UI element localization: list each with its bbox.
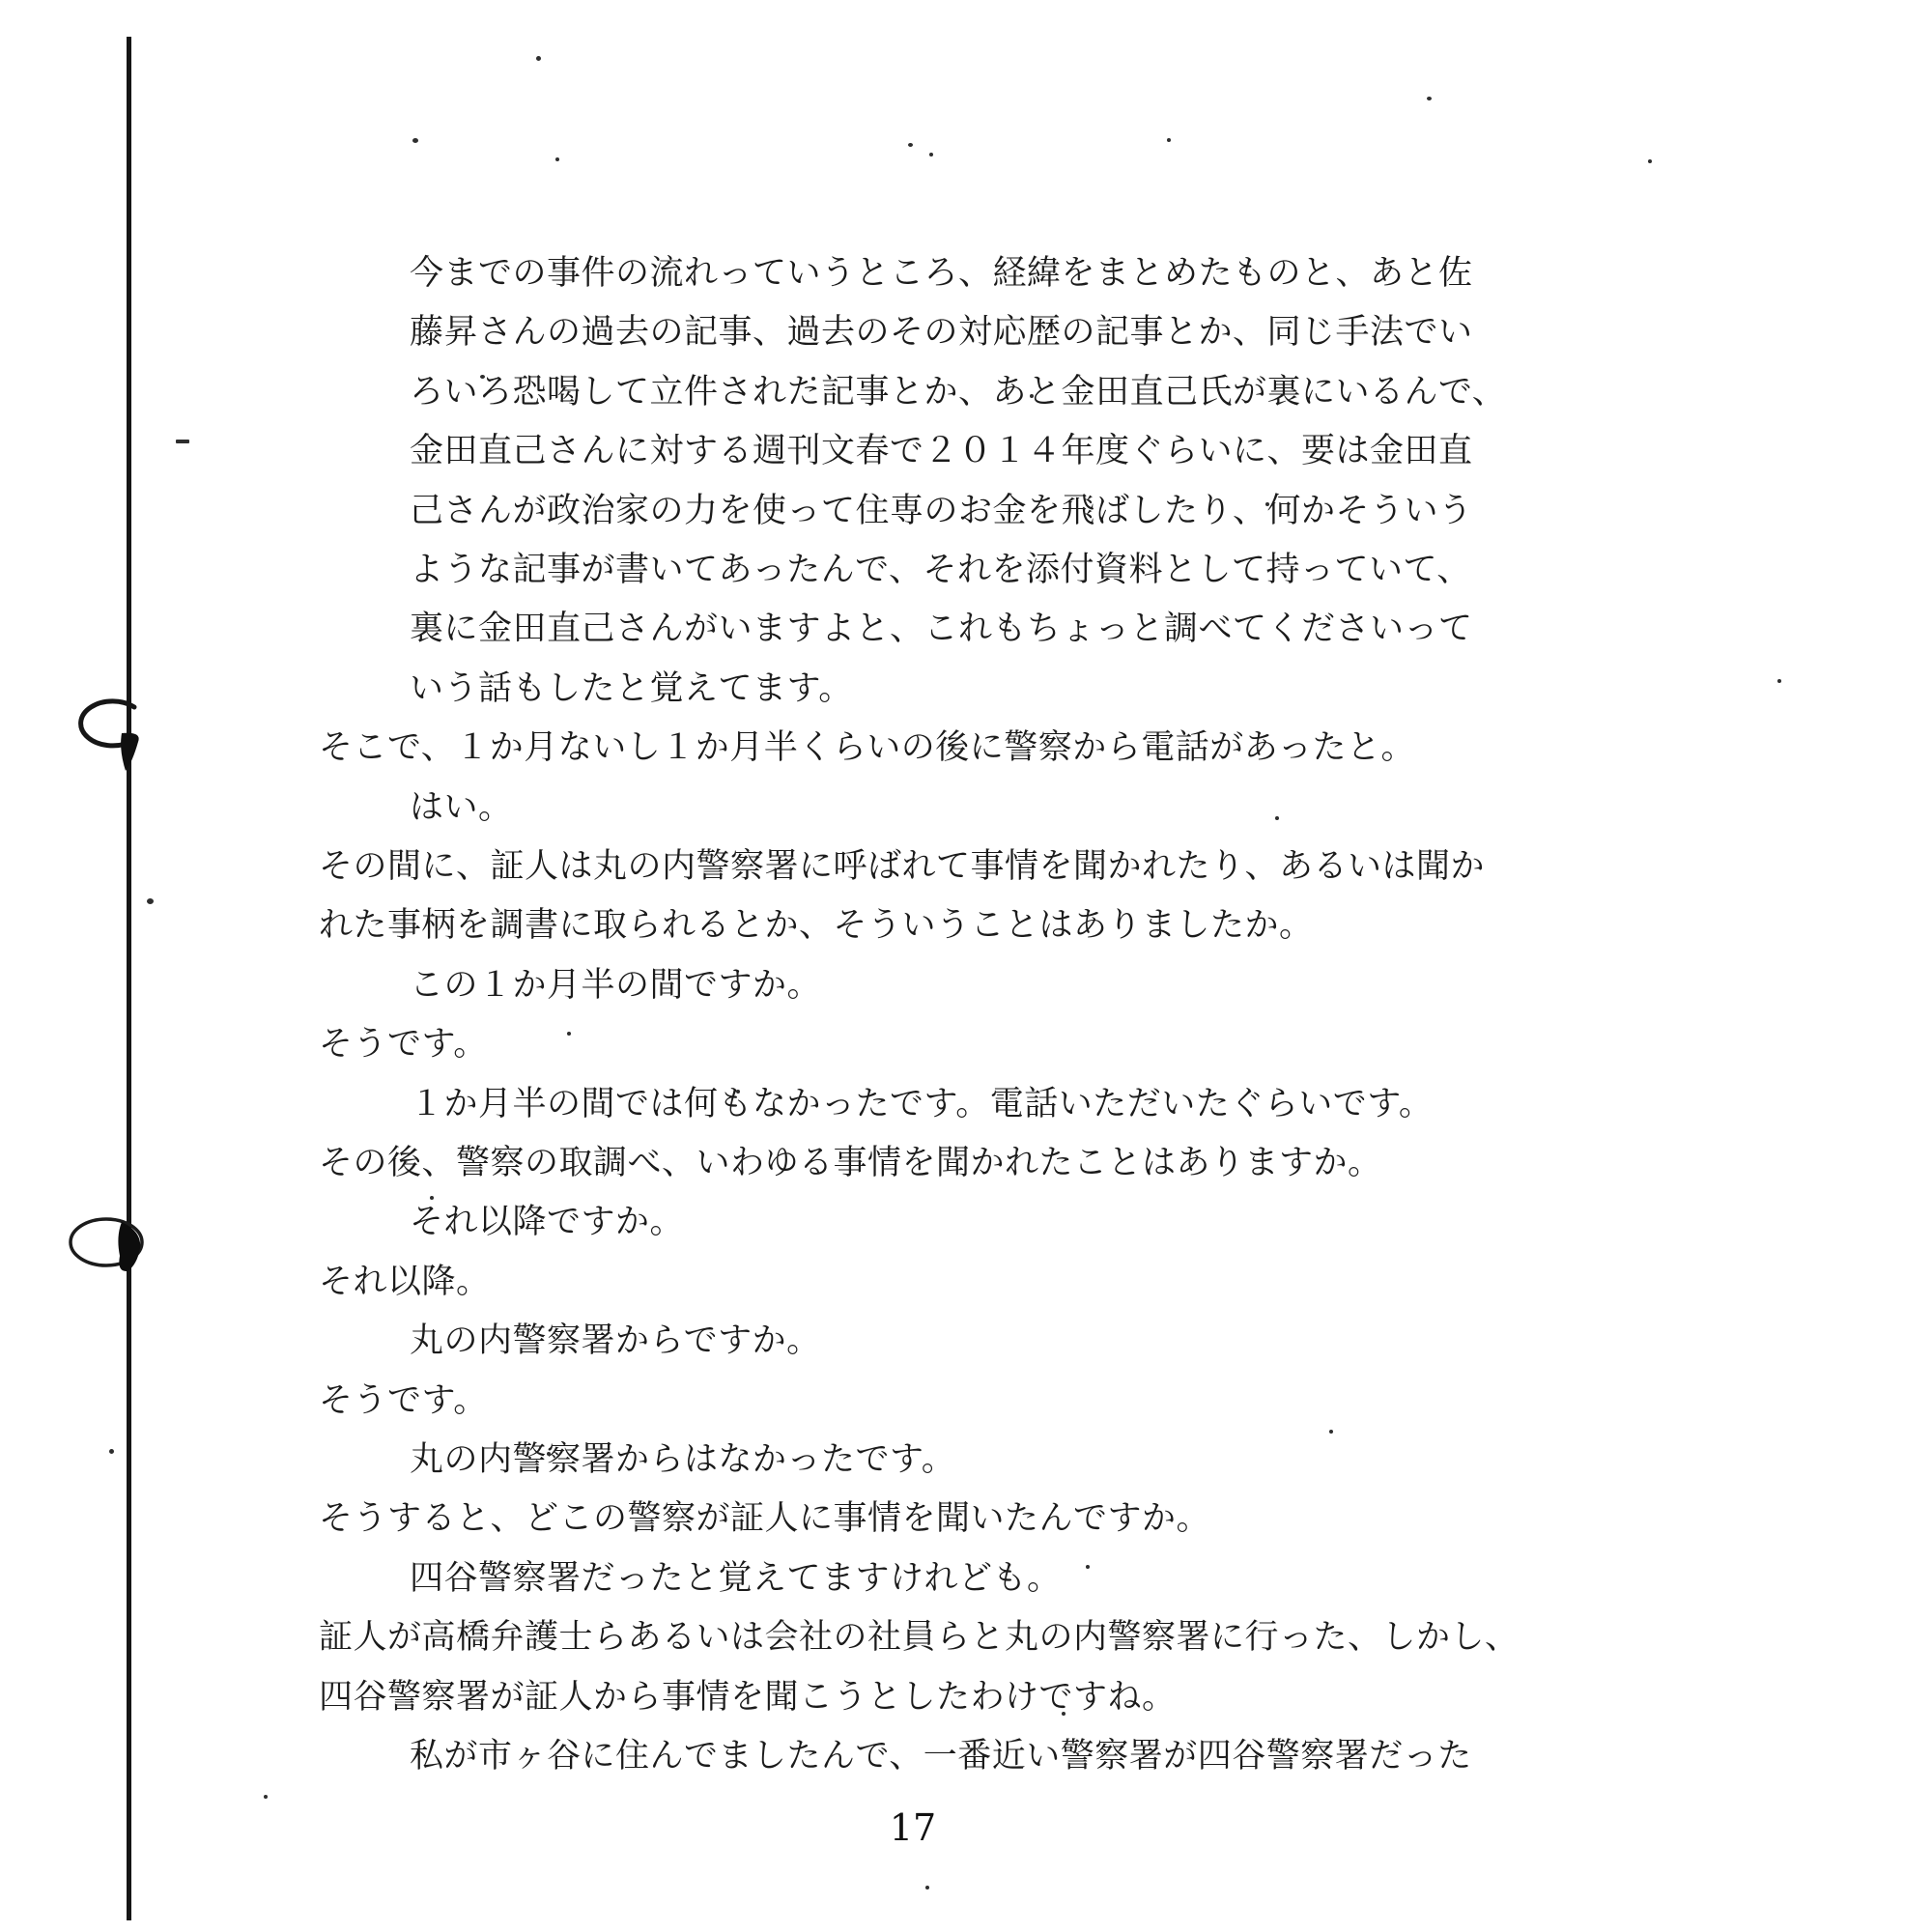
- transcript-line: 今までの事件の流れっていうところ、経緯をまとめたものと、あと佐: [410, 253, 1473, 294]
- scan-speck: [109, 1449, 114, 1454]
- transcript-line: この１か月半の間ですか。: [410, 965, 821, 1006]
- transcript-line: 藤昇さんの過去の記事、過去のその対応歴の記事とか、同じ手法でい: [410, 312, 1473, 353]
- transcript-line: そこで、１か月ないし１か月半くらいの後に警察から電話があったと。: [319, 727, 1415, 768]
- scan-speck: [1086, 1565, 1090, 1569]
- scan-speck: [1777, 679, 1781, 683]
- scan-speck: [1427, 97, 1432, 100]
- scan-speck: [430, 1196, 434, 1200]
- scan-speck: [1329, 1430, 1333, 1434]
- scan-speck: [480, 375, 485, 379]
- transcript-line: ような記事が書いてあったんで、それを添付資料として持っていて、: [410, 550, 1471, 590]
- scan-speck: [567, 1032, 571, 1036]
- transcript-line: 丸の内警察署からはなかったです。: [410, 1439, 955, 1480]
- scan-speck: [147, 898, 154, 904]
- transcript-line: ろいろ恐喝して立件された記事とか、あと金田直己氏が裏にいるんで、: [410, 372, 1506, 412]
- transcript-line: 証人が高橋弁護士らあるいは会社の社員らと丸の内警察署に行った、しかし、: [319, 1617, 1520, 1658]
- scan-speck: [929, 153, 933, 156]
- binder-ring-bottom: [71, 1219, 142, 1271]
- scan-speck: [811, 377, 815, 381]
- scan-speck: [547, 1452, 551, 1456]
- scan-speck: [1265, 502, 1269, 506]
- scan-speck: [536, 56, 541, 61]
- scan-speck: [264, 1795, 268, 1799]
- transcript-line: れた事柄を調書に取られるとか、そういうことはありましたか。: [319, 905, 1314, 946]
- transcript-line: 裏に金田直己さんがいますよと、これもちょっと調べてくださいって: [410, 609, 1473, 649]
- transcript-line: それ以降ですか。: [410, 1202, 684, 1242]
- transcript-line: 私が市ヶ谷に住んでましたんで、一番近い警察署が四谷警察署だった: [410, 1736, 1472, 1776]
- transcript-line: いう話もしたと覚えてます。: [410, 668, 853, 709]
- scan-speck: [908, 143, 913, 147]
- transcript-line: 四谷警察署が証人から事情を聞こうとしたわけですね。: [319, 1677, 1177, 1718]
- binder-ring-top: [81, 701, 139, 771]
- transcript-line: その後、警察の取調べ、いわゆる事情を聞かれたことはありますか。: [319, 1143, 1382, 1183]
- transcript-line: １か月半の間では何もなかったです。電話いただいたぐらいです。: [410, 1084, 1433, 1124]
- scan-speck: [1062, 1712, 1065, 1716]
- transcript-line: その間に、証人は丸の内警察署に呼ばれて事情を聞かれたり、あるいは聞か: [319, 846, 1485, 887]
- scan-speck: [736, 1090, 740, 1094]
- scan-speck: [1167, 138, 1171, 142]
- scan-speck: [1275, 816, 1279, 820]
- scanned-transcript-page: 今までの事件の流れっていうところ、経緯をまとめたものと、あと佐藤昇さんの過去の記…: [0, 0, 1932, 1932]
- transcript-line: 丸の内警察署からですか。: [410, 1321, 821, 1361]
- scan-speck: [412, 138, 418, 143]
- page-number: 17: [850, 1806, 976, 1849]
- transcript-line: そうです。: [319, 1380, 488, 1421]
- scan-speck: [1648, 159, 1652, 163]
- scan-speck: [925, 1886, 929, 1889]
- transcript-line: それ以降。: [319, 1262, 491, 1302]
- transcript-line: 四谷警察署だったと覚えてますけれども。: [410, 1558, 1062, 1599]
- transcript-line: そうすると、どこの警察が証人に事情を聞いたんですか。: [319, 1498, 1210, 1539]
- transcript-line: そうです。: [319, 1024, 488, 1065]
- scan-speck: [1030, 394, 1034, 398]
- scan-speck: [555, 157, 559, 161]
- scan-speck: [176, 440, 189, 443]
- transcript-line: 己さんが政治家の力を使って住専のお金を飛ばしたり、何かそういう: [410, 491, 1473, 531]
- transcript-line: はい。: [410, 787, 513, 828]
- transcript-line: 金田直己さんに対する週刊文春で２０１４年度ぐらいに、要は金田直: [410, 431, 1473, 471]
